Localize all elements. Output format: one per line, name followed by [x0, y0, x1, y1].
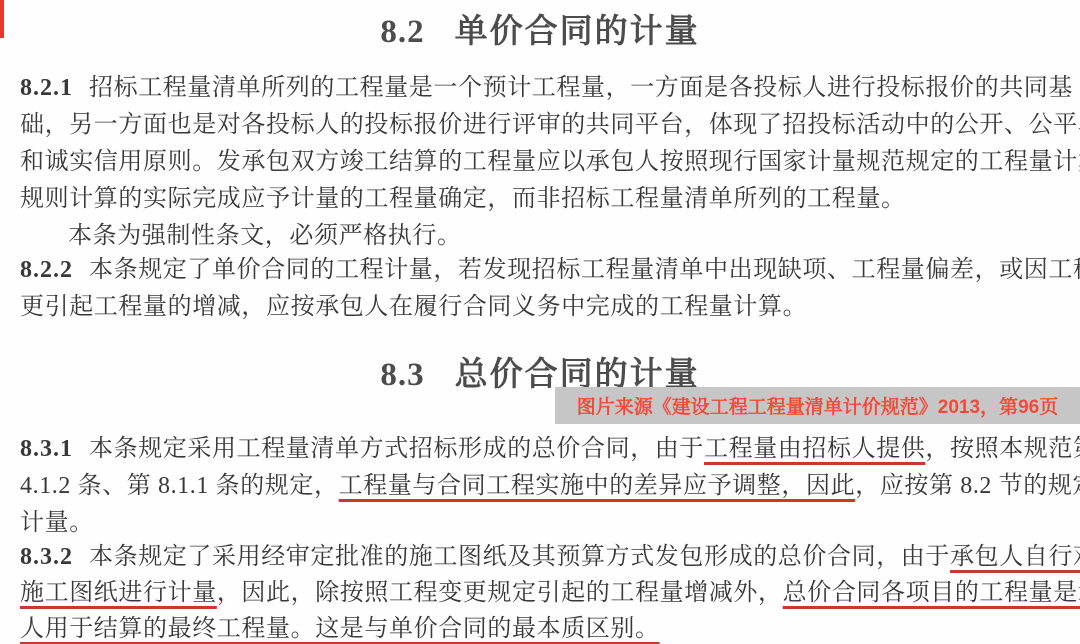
clause-number: 8.2.1: [20, 75, 73, 101]
paragraph-line: 础，另一方面也是对各投标人的投标报价进行评审的共同平台，体现了招投标活动中的公开…: [20, 107, 1070, 144]
body-text: 招标工程量清单所列的工程量是一个预计工程量，一方面是各投标人进行投标报价的共同基: [89, 75, 1073, 101]
body-text: 更引起工程量的增减，应按承包人在履行合同义务中完成的工程量计算。: [20, 294, 807, 320]
red-underlined-text: 工程量由招标人提供: [704, 436, 925, 462]
red-underlined-text: 总价合同各项目的工程量是承包: [783, 580, 1080, 606]
body-text: 4.1.2 条、第 8.1.1 条的规定，: [20, 473, 339, 499]
paragraph-8-3-1: 8.3.1本条规定采用工程量清单方式招标形成的总价合同，由于工程量由招标人提供，…: [20, 431, 1070, 542]
red-underlined-text: 承包人自行对: [950, 544, 1080, 570]
paragraph-line: 和诚实信用原则。发承包双方竣工结算的工程量应以承包人按照现行国家计量规范规定的工…: [20, 144, 1070, 181]
section-8-2-title-text: 单价合同的计量: [455, 14, 700, 50]
paragraph-line: 计量。: [20, 505, 1070, 542]
body-text: ，因此，除按照工程变更规定引起的工程量增减外，: [217, 580, 783, 606]
section-8-2-heading: 8.2单价合同的计量: [0, 5, 1080, 52]
body-text: 计量。: [20, 510, 94, 536]
scanned-document-page: 8.2单价合同的计量 8.2.1招标工程量清单所列的工程量是一个预计工程量，一方…: [0, 0, 1080, 644]
body-text: 本条规定了采用经审定批准的施工图纸及其预算方式发包形成的总价合同，由于: [89, 544, 950, 570]
clause-number: 8.2.2: [20, 257, 73, 283]
clause-number: 8.3.2: [20, 544, 73, 570]
body-text: ，应按第 8.2 节的规定: [855, 473, 1080, 499]
paragraph-line: 8.2.2本条规定了单价合同的工程计量，若发现招标工程量清单中出现缺项、工程量偏…: [20, 252, 1070, 289]
red-underlined-text: 施工图纸进行计量: [20, 580, 217, 606]
body-text: 和诚实信用原则。发承包双方竣工结算的工程量应以承包人按照现行国家计量规范规定的工…: [20, 149, 1080, 175]
image-source-caption-bar: 图片来源《建设工程工程量清单计价规范》2013，第96页: [555, 387, 1080, 424]
paragraph-line: 施工图纸进行计量，因此，除按照工程变更规定引起的工程量增减外，总价合同各项目的工…: [20, 575, 1070, 611]
red-underlined-text: 人用于结算的最终工程量。这是与单价合同的最本质区别。: [20, 616, 660, 642]
clause-number: 8.3.1: [20, 436, 73, 462]
paragraph-8-2-2: 8.2.2本条规定了单价合同的工程计量，若发现招标工程量清单中出现缺项、工程量偏…: [20, 252, 1070, 326]
paragraph-line: 8.3.2本条规定了采用经审定批准的施工图纸及其预算方式发包形成的总价合同，由于…: [20, 539, 1070, 575]
body-text: 础，另一方面也是对各投标人的投标报价进行评审的共同平台，体现了招投标活动中的公开…: [20, 112, 1080, 138]
red-underlined-text: 工程量与合同工程实施中的差异应予调整，因此: [339, 473, 856, 499]
mandatory-clause-note: 本条为强制性条文，必须严格执行。: [20, 218, 1070, 255]
body-text: 规则计算的实际完成应予计量的工程量确定，而非招标工程量清单所列的工程量。: [20, 186, 906, 212]
paragraph-line: 4.1.2 条、第 8.1.1 条的规定，工程量与合同工程实施中的差异应予调整，…: [20, 468, 1070, 505]
paragraph-line: 8.2.1招标工程量清单所列的工程量是一个预计工程量，一方面是各投标人进行投标报…: [20, 70, 1070, 107]
paragraph-line: 规则计算的实际完成应予计量的工程量确定，而非招标工程量清单所列的工程量。: [20, 181, 1070, 218]
section-8-2-number: 8.2: [380, 14, 424, 50]
section-8-3-number: 8.3: [380, 357, 424, 393]
paragraph-line: 人用于结算的最终工程量。这是与单价合同的最本质区别。: [20, 611, 1070, 644]
paragraph-line: 更引起工程量的增减，应按承包人在履行合同义务中完成的工程量计算。: [20, 289, 1070, 326]
paragraph-line: 8.3.1本条规定采用工程量清单方式招标形成的总价合同，由于工程量由招标人提供，…: [20, 431, 1070, 468]
image-source-caption: 图片来源《建设工程工程量清单计价规范》2013，第96页: [577, 392, 1058, 419]
paragraph-8-3-2: 8.3.2本条规定了采用经审定批准的施工图纸及其预算方式发包形成的总价合同，由于…: [20, 539, 1070, 644]
body-text: 本条为强制性条文，必须严格执行。: [68, 223, 462, 249]
body-text: ，按照本规范第: [925, 436, 1080, 462]
body-text: 本条规定了单价合同的工程计量，若发现招标工程量清单中出现缺项、工程量偏差，或因工…: [89, 257, 1080, 283]
body-text: 本条规定采用工程量清单方式招标形成的总价合同，由于: [89, 436, 704, 462]
paragraph-8-2-1: 8.2.1招标工程量清单所列的工程量是一个预计工程量，一方面是各投标人进行投标报…: [20, 70, 1070, 255]
